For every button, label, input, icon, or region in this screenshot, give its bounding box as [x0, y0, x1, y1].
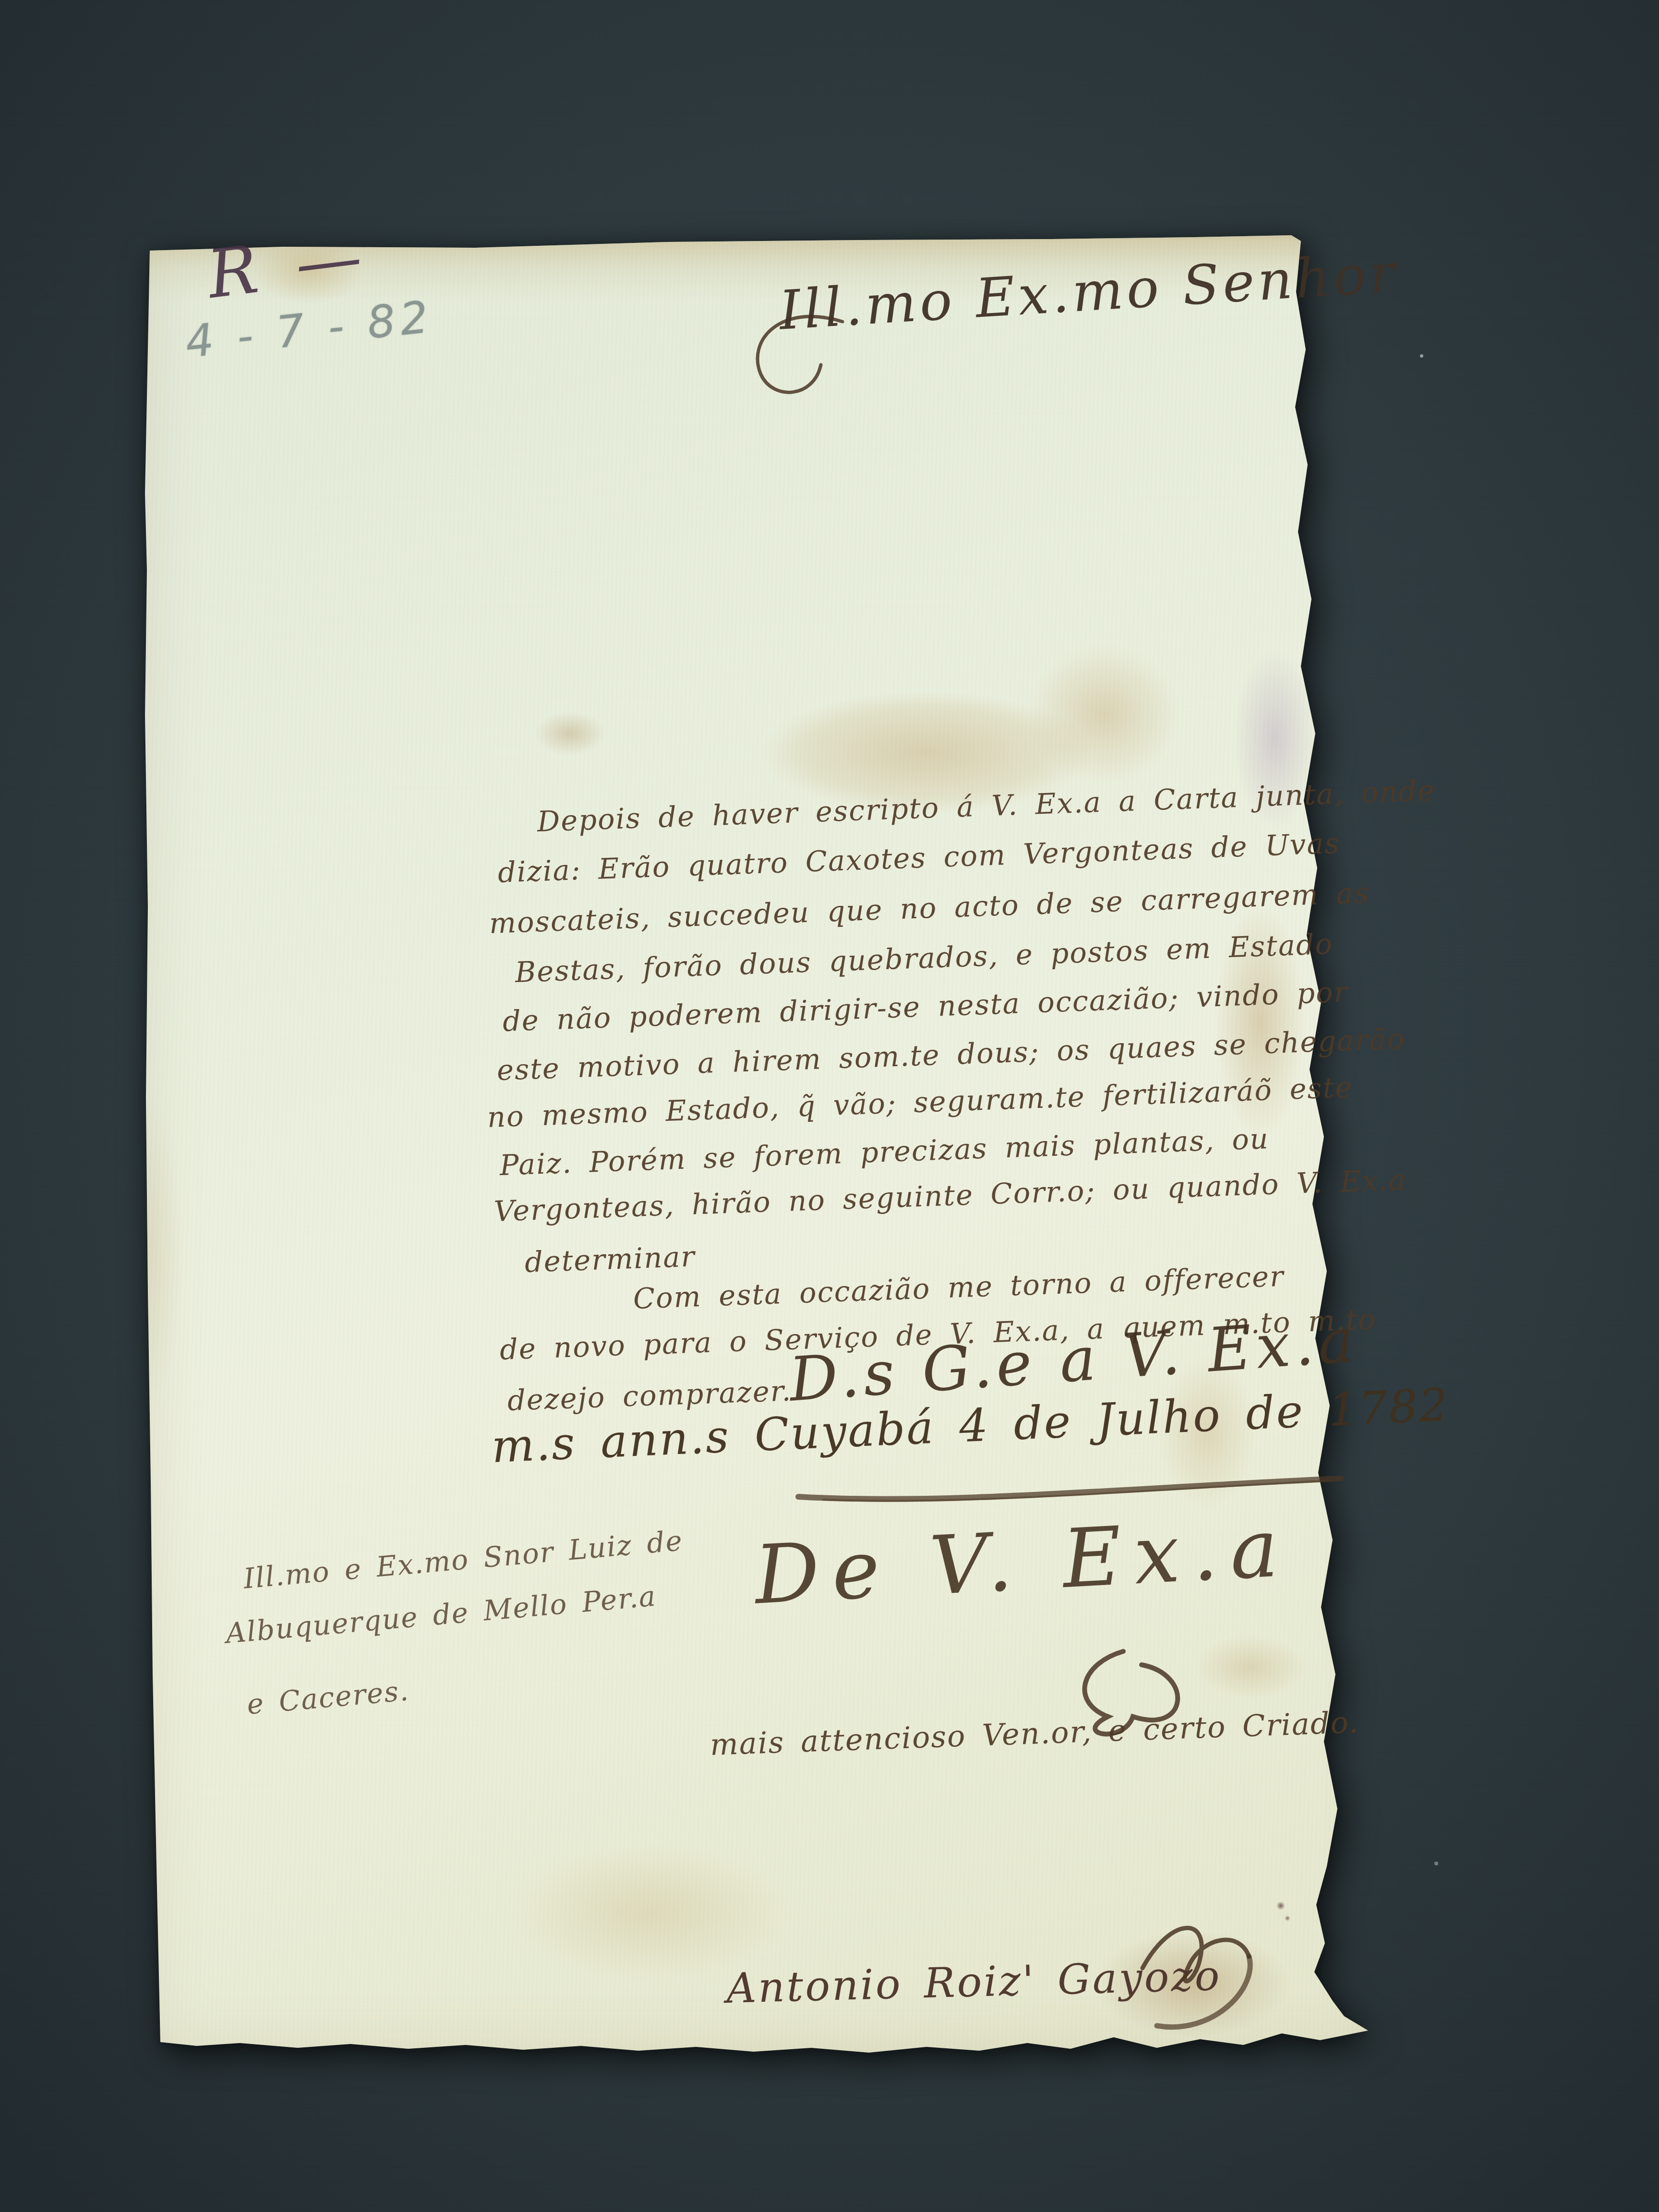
- dust-speck: [1434, 1862, 1438, 1865]
- registry-mark: R —: [204, 223, 374, 308]
- signature-rubric-icon: [1128, 1911, 1334, 2055]
- dust-speck: [1420, 354, 1423, 358]
- body-line: determinar: [524, 1242, 696, 1276]
- photo-of-manuscript: { "photo": { "background_color": "#2e3a3…: [0, 0, 1659, 2212]
